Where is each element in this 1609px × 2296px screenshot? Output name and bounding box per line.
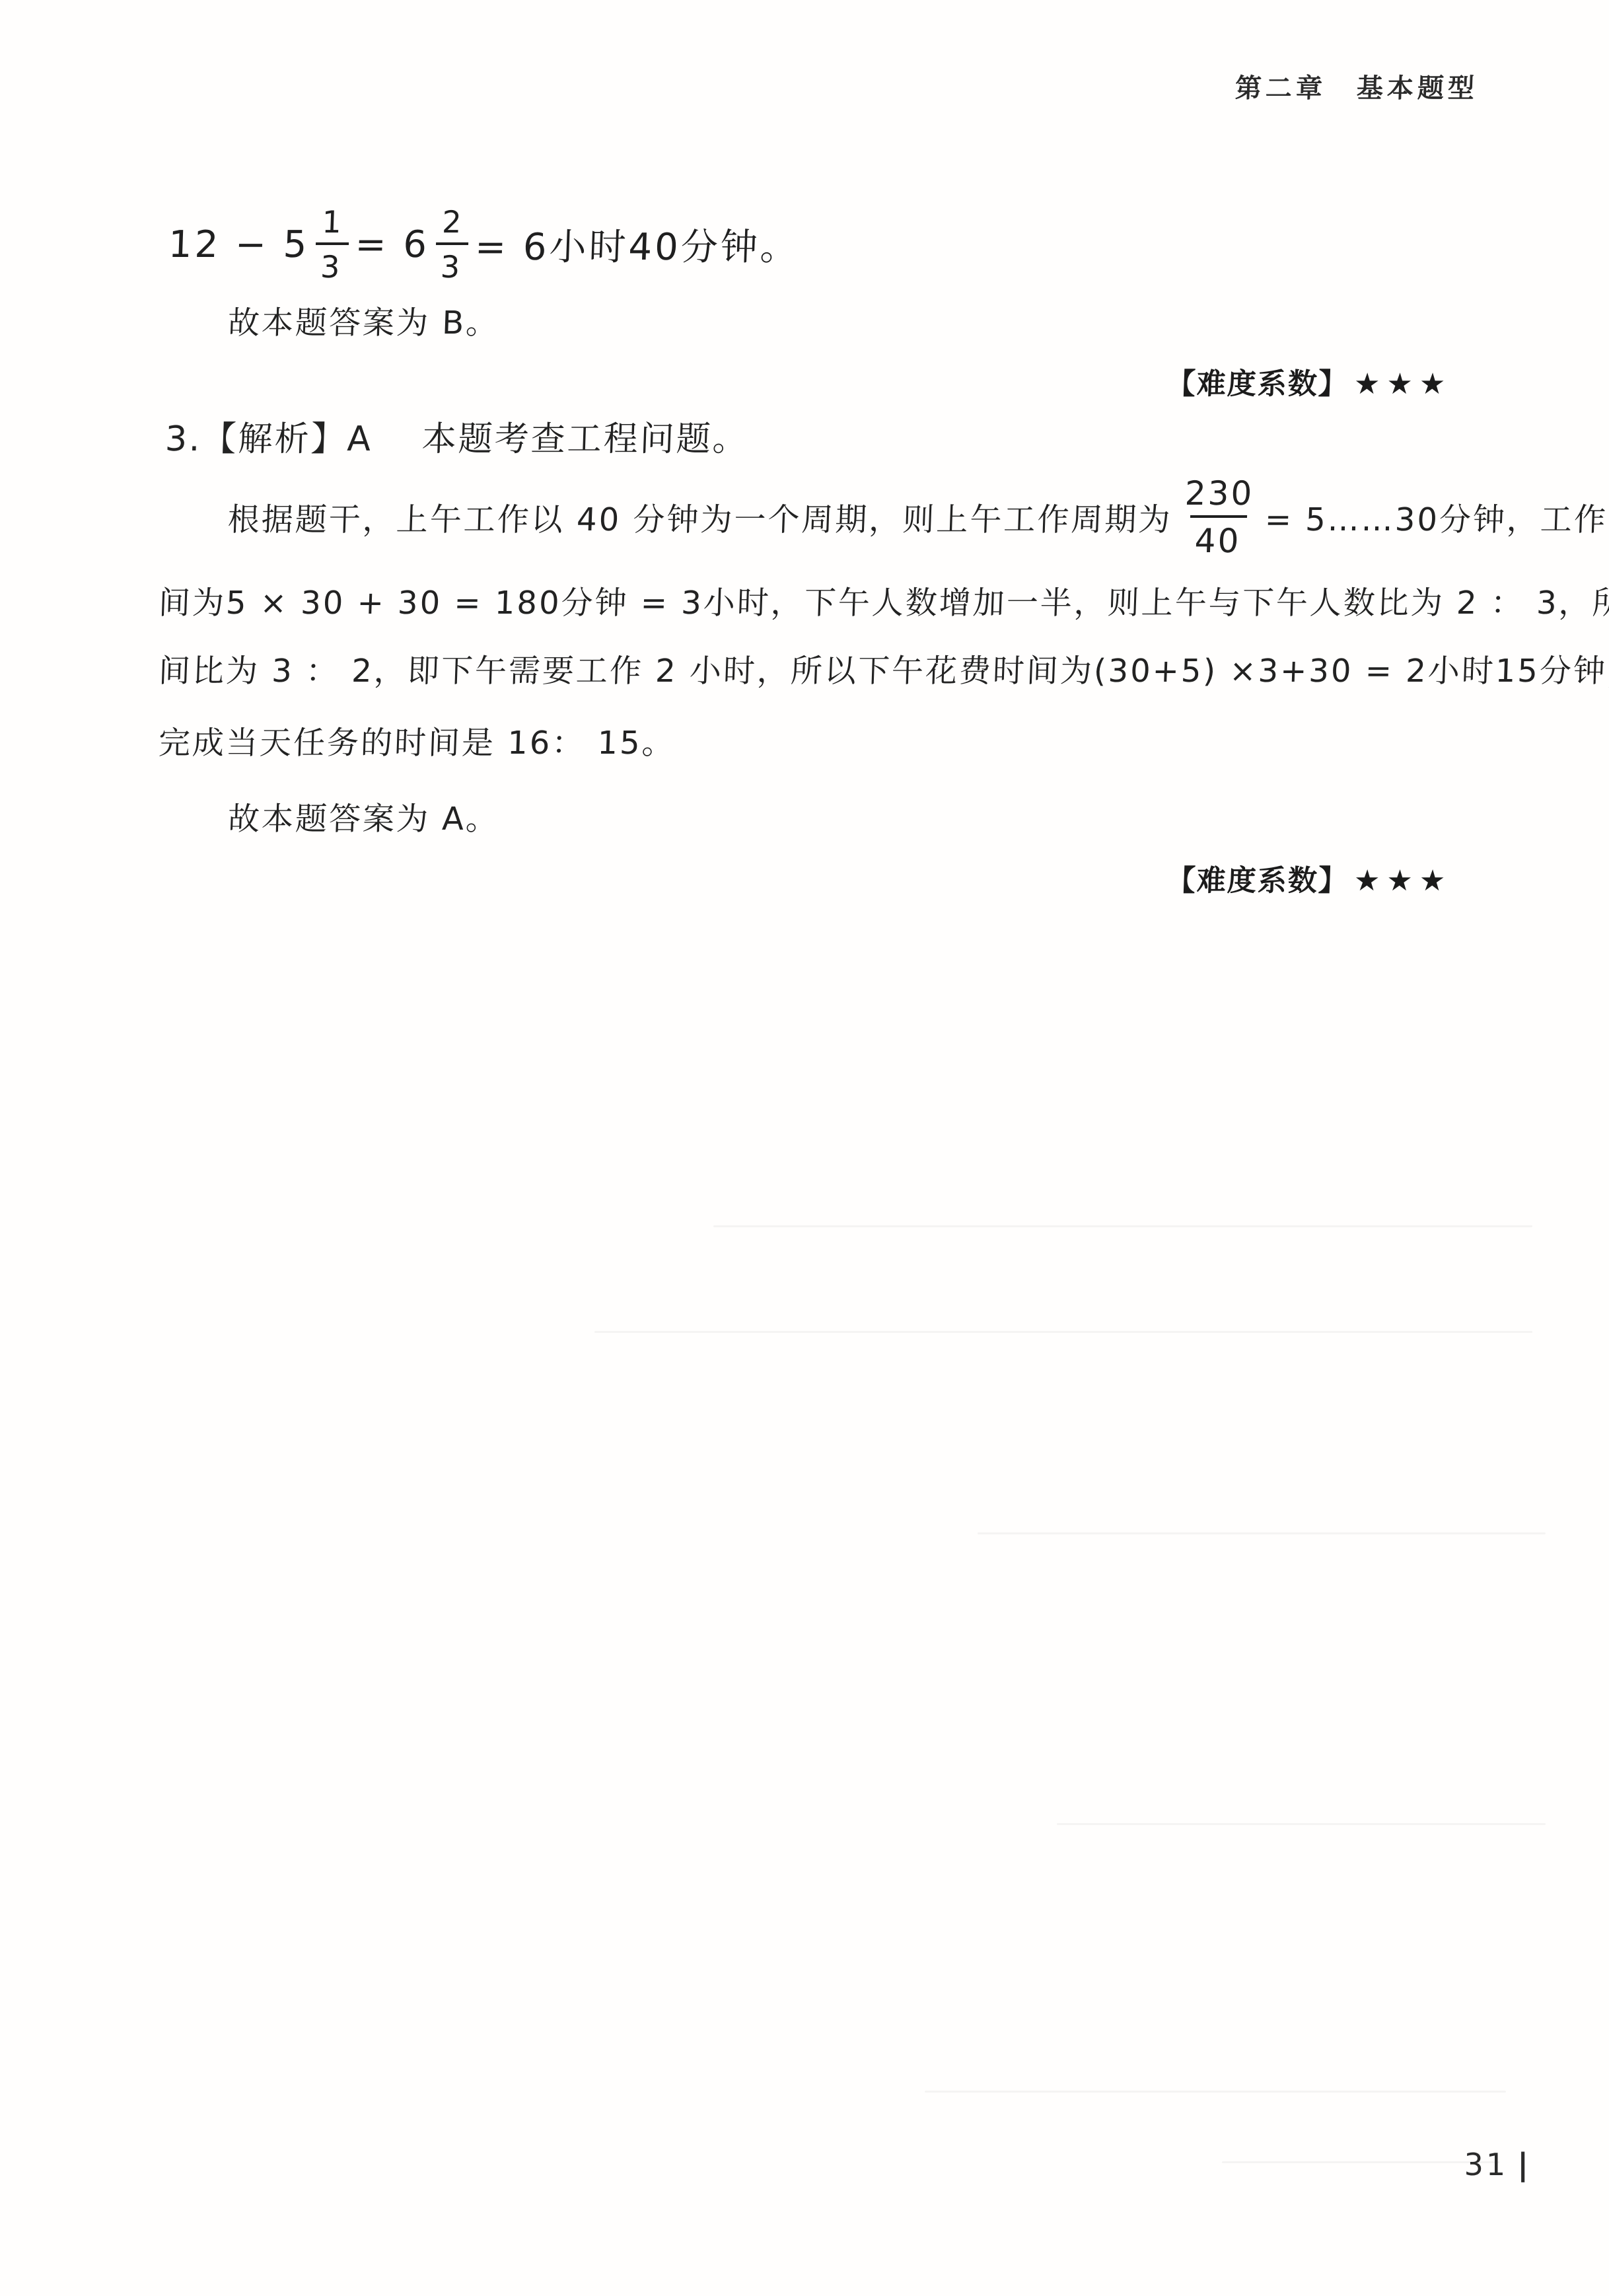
scan-artifact xyxy=(594,1331,1532,1333)
scan-artifact xyxy=(925,2091,1506,2093)
fraction-denominator: 3 xyxy=(435,242,468,282)
page-number-separator: | xyxy=(1517,2147,1531,2182)
scan-artifact xyxy=(978,1532,1546,1534)
paragraph-text: 根据题干，上午工作以 40 分钟为一个周期，则上午工作周期为 xyxy=(227,494,1173,540)
fraction-one-third: 1 3 xyxy=(314,207,349,282)
paragraph-line-1: 根据题干，上午工作以 40 分钟为一个周期，则上午工作周期为 230 40 = … xyxy=(226,462,1609,571)
paragraph-line-3: 间比为 3 ： 2，即下午需要工作 2 小时，所以下午花费时间为(30+5) ×… xyxy=(158,653,1609,690)
chapter-header: 第二章 基本题型 xyxy=(1234,74,1479,103)
fraction-two-thirds: 2 3 xyxy=(435,207,470,282)
scan-artifact xyxy=(1057,1823,1546,1825)
fraction-230-40: 230 40 xyxy=(1177,477,1260,557)
paragraph-line-4: 完成当天任务的时间是 16： 15。 xyxy=(158,725,676,762)
equation-text-suffix: = 6小时40分钟。 xyxy=(474,218,801,271)
scan-artifact xyxy=(1222,2161,1499,2163)
equation-line: 12 − 5 1 3 = 6 2 3 = 6小时40分钟。 xyxy=(166,192,802,297)
fraction-denominator: 40 xyxy=(1189,515,1247,557)
paragraph-line-2: 间为5 × 30 + 30 = 180分钟 = 3小时，下午人数增加一半，则上午… xyxy=(158,585,1609,622)
answer-line-b: 故本题答案为 B。 xyxy=(227,305,500,341)
equation-text-mid: = 6 xyxy=(355,223,431,266)
solution-item-3-heading: 3.【解析】A 本题考查工程问题。 xyxy=(164,420,750,460)
difficulty-label: 【难度系数】 xyxy=(1166,367,1349,401)
answer-line-a: 故本题答案为 A。 xyxy=(227,801,500,838)
paragraph-text: = 5……30分钟，工作时 xyxy=(1264,494,1609,540)
page-number-value: 31 xyxy=(1464,2147,1509,2182)
difficulty-badge-2: 【难度系数】★★★ xyxy=(1166,857,1453,899)
fraction-numerator: 2 xyxy=(436,207,470,242)
star-icons: ★★★ xyxy=(1353,864,1452,898)
fraction-denominator: 3 xyxy=(314,242,348,282)
page-number: 31| xyxy=(1464,2147,1531,2182)
difficulty-label: 【难度系数】 xyxy=(1166,864,1349,898)
difficulty-badge-1: 【难度系数】★★★ xyxy=(1166,360,1453,402)
fraction-numerator: 1 xyxy=(316,207,350,242)
equation-text-prefix: 12 − 5 xyxy=(168,223,310,266)
fraction-numerator: 230 xyxy=(1179,477,1260,515)
scan-artifact xyxy=(713,1225,1532,1227)
star-icons: ★★★ xyxy=(1353,367,1452,401)
document-page: 第二章 基本题型 12 − 5 1 3 = 6 2 3 = 6小时40分钟。 故… xyxy=(0,0,1609,2296)
